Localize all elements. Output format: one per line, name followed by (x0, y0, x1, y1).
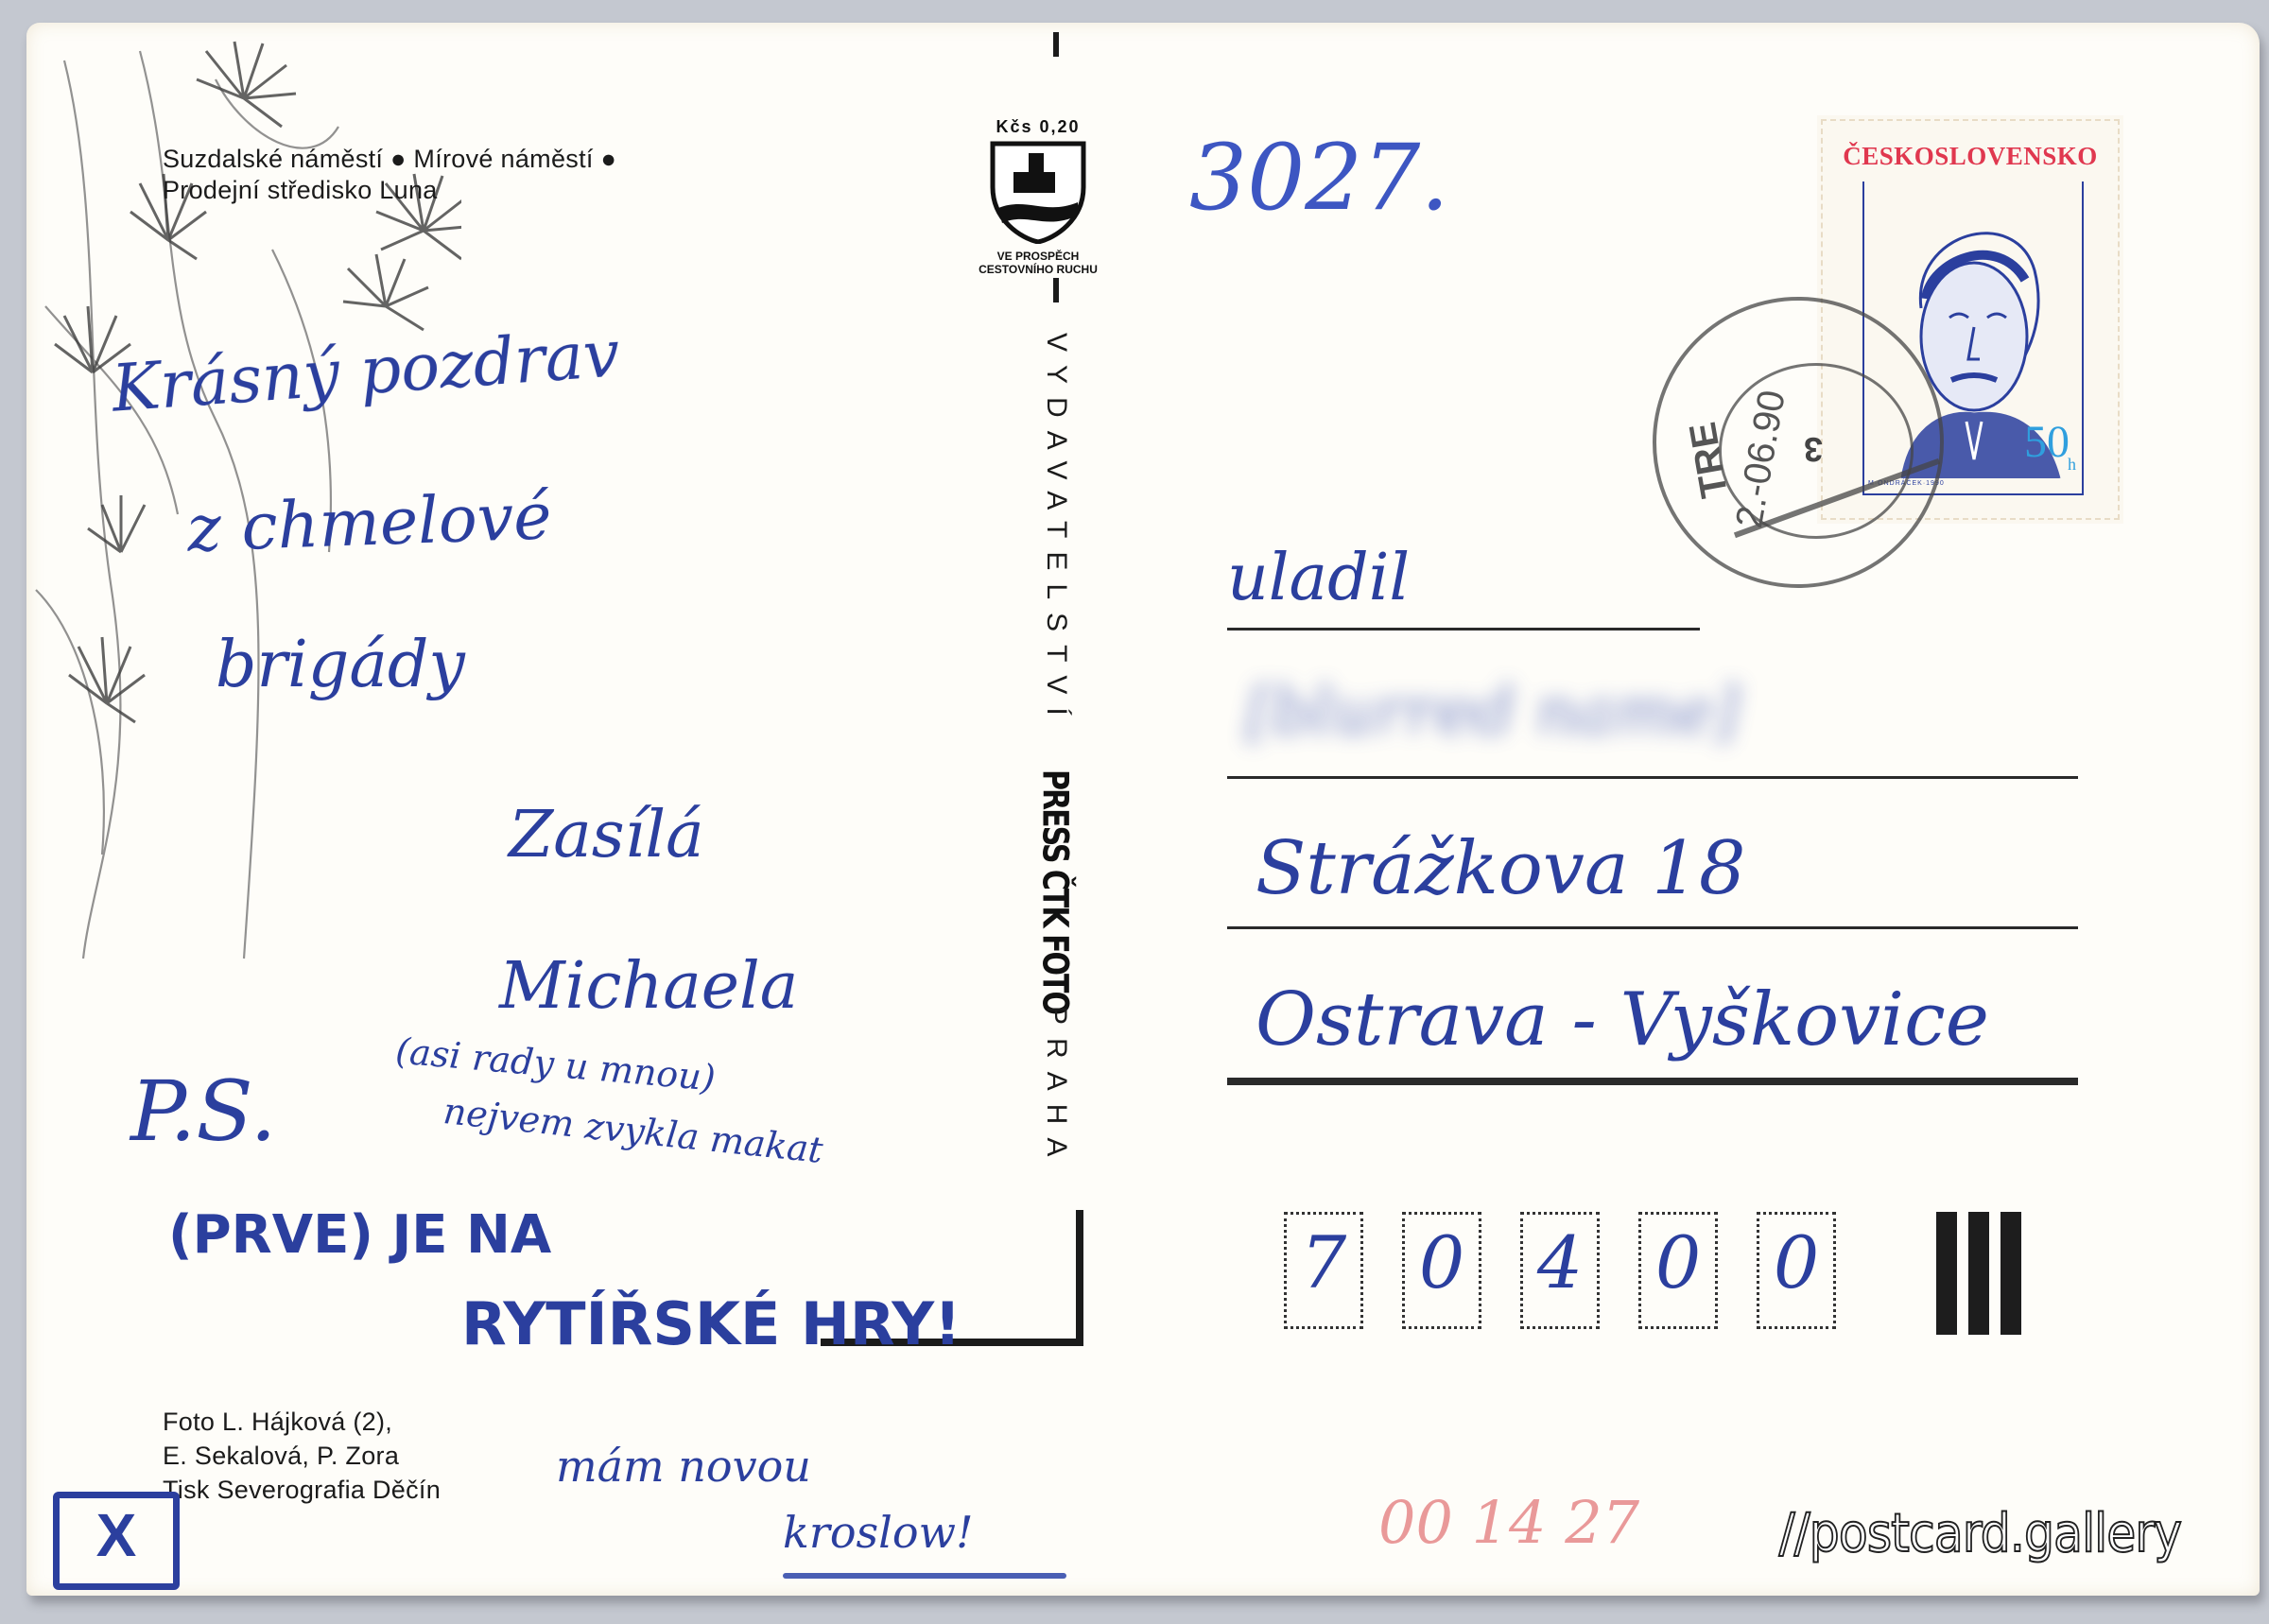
badge-motto: VE PROSPĚCH CESTOVNÍHO RUCHU (972, 250, 1104, 276)
postal-code-digit: 0 (1641, 1220, 1715, 1304)
postal-code-box: 4 (1520, 1212, 1600, 1329)
divider-tick (1053, 278, 1059, 302)
divider-corner-vertical (1076, 1210, 1083, 1346)
publisher-text: VYDAVATELSTVÍ (1040, 333, 1072, 729)
message-line-2: z chmelové (186, 479, 553, 566)
postal-code-box: 0 (1638, 1212, 1718, 1329)
publisher-city: PRAHA (1040, 1006, 1072, 1169)
address-line-1: uladil (1227, 541, 1410, 615)
message-line-3: brigády (216, 628, 465, 702)
reference-number: 3027. (1189, 125, 1449, 231)
credits-line-1: Foto L. Hájková (2), (163, 1405, 441, 1439)
postal-code-digit: 7 (1287, 1220, 1360, 1304)
closing-line-2: kroslow! (783, 1507, 973, 1558)
press-ctk-foto-logo: PRESS ČTK FOTO (1034, 769, 1076, 1013)
address-rule-4 (1227, 1078, 2078, 1085)
photo-caption: Suzdalské náměstí ● Mírové náměstí ● Pro… (163, 144, 616, 206)
stamp-value-unit: h (2068, 455, 2076, 474)
address-rule-1 (1227, 628, 1700, 631)
postal-code-digit: 0 (1759, 1220, 1833, 1304)
credits-line-2: E. Sekalová, P. Zora (163, 1439, 441, 1473)
postal-code-digit: 4 (1523, 1220, 1597, 1304)
ps-label: P.S. (130, 1063, 276, 1160)
postal-code-box: 7 (1284, 1212, 1363, 1329)
ps-line-2: RYTÍŘSKÉ HRY! (461, 1289, 961, 1358)
stamp-country: ČESKOSLOVENSKO (1823, 142, 2118, 171)
corner-checkbox-mark: X (53, 1492, 180, 1590)
signature-line-2: Michaela (499, 949, 798, 1024)
closing-line-1: mám novou (556, 1441, 811, 1492)
address-line-3: Strážkova 18 (1256, 826, 1746, 911)
sorting-bar (1968, 1212, 1989, 1335)
photo-credits: Foto L. Hájková (2), E. Sekalová, P. Zor… (163, 1405, 441, 1507)
ps-note-1: (asi rady u mnou) (394, 1029, 718, 1098)
address-rule-2 (1227, 776, 2078, 779)
red-pencil-note: 00 14 27 (1378, 1488, 1639, 1557)
sorting-bar (2001, 1212, 2021, 1335)
address-line-4: Ostrava - Vyškovice (1256, 977, 1989, 1063)
caption-line-2: Prodejní středisko Luna (163, 175, 616, 206)
postal-code-box: 0 (1402, 1212, 1481, 1329)
postal-code-digit: 0 (1405, 1220, 1479, 1304)
divider-tick (1053, 32, 1059, 57)
postcard: Suzdalské náměstí ● Mírové náměstí ● Pro… (26, 23, 2260, 1596)
sorting-bar (1936, 1212, 1957, 1335)
ps-line-1: (PRVE) JE NA (168, 1204, 551, 1266)
castle-shield-icon (989, 140, 1087, 244)
postmark-number: 3 (1804, 429, 1823, 469)
stamp-value-number: 50 (2024, 417, 2070, 467)
caption-line-1: Suzdalské náměstí ● Mírové náměstí ● (163, 144, 616, 175)
signature-line-1: Zasílá (509, 798, 704, 872)
address-line-2-redacted: [blurred name] (1246, 675, 1740, 750)
badge-price: Kčs 0,20 (972, 117, 1104, 137)
address-rule-3 (1227, 926, 2078, 929)
corner-mark-glyph: X (60, 1498, 173, 1572)
stamp-value: 50h (2024, 416, 2076, 475)
postal-code-box: 0 (1757, 1212, 1836, 1329)
credits-line-3: Tisk Severografia Děčín (163, 1473, 441, 1507)
closing-underline (783, 1573, 1066, 1579)
tourism-fee-badge: Kčs 0,20 VE PROSPĚCH CESTOVNÍHO RUCHU (972, 117, 1104, 297)
postcard-gallery-watermark: //postcard.gallery (1779, 1503, 2181, 1564)
ps-note-2: nejvem zvykla makat (442, 1090, 825, 1171)
